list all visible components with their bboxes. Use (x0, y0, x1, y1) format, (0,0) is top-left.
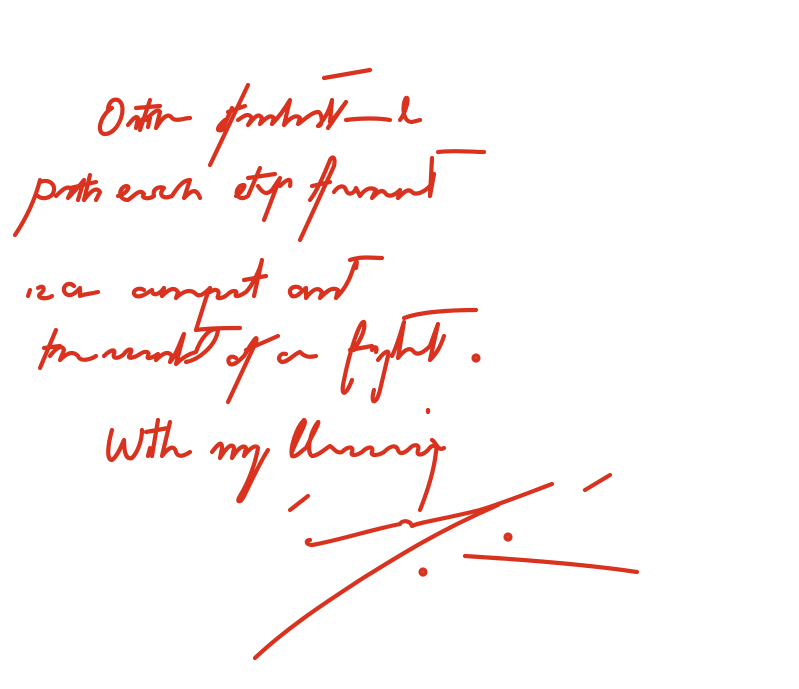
stroke-line-2 (15, 151, 484, 240)
stroke-line-4 (40, 310, 479, 402)
handwriting-strokes (0, 0, 799, 689)
stroke-line-3 (28, 258, 382, 331)
handwritten-note: On the spiritual path each step forward … (0, 0, 799, 689)
stroke-line-5 (108, 410, 444, 510)
signature-strokes (255, 475, 637, 658)
stroke-line-1 (100, 70, 420, 165)
